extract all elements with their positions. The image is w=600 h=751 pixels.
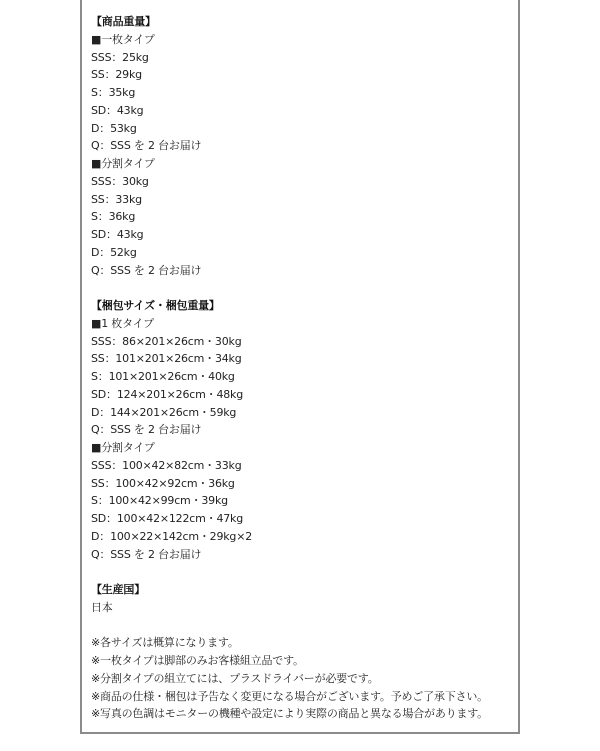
weight-one-piece-row: SSS：25kg bbox=[91, 49, 512, 67]
weight-one-piece-label: ■一枚タイプ bbox=[91, 31, 512, 49]
weight-one-piece-row: SS：29kg bbox=[91, 66, 512, 84]
weight-one-piece-row: S：35kg bbox=[91, 84, 512, 102]
package-split-row: S：100×42×99cm・39kg bbox=[91, 492, 512, 510]
origin-value: 日本 bbox=[91, 599, 512, 617]
package-split-row: SSS：100×42×82cm・33kg bbox=[91, 457, 512, 475]
note-item: ※各サイズは概算になります。 bbox=[91, 634, 512, 652]
package-split-label: ■分割タイプ bbox=[91, 439, 512, 457]
package-one-piece-row: Q：SSS を 2 台お届け bbox=[91, 421, 512, 439]
weight-heading: 【商品重量】 bbox=[91, 13, 512, 31]
package-one-piece-row: SSS：86×201×26cm・30kg bbox=[91, 333, 512, 351]
weight-split-row: D：52kg bbox=[91, 244, 512, 262]
note-item: ※商品の仕様・梱包は予告なく変更になる場合がございます。予めご了承下さい。 bbox=[91, 688, 512, 706]
package-one-piece-row: S：101×201×26cm・40kg bbox=[91, 368, 512, 386]
weight-split-label: ■分割タイプ bbox=[91, 155, 512, 173]
spacer bbox=[91, 617, 512, 635]
package-split-row: SS：100×42×92cm・36kg bbox=[91, 475, 512, 493]
weight-split-row: SD：43kg bbox=[91, 226, 512, 244]
note-item: ※一枚タイプは脚部のみお客様組立品です。 bbox=[91, 652, 512, 670]
package-split-row: Q：SSS を 2 台お届け bbox=[91, 546, 512, 564]
note-item: ※分割タイプの組立てには、プラスドライバーが必要です。 bbox=[91, 670, 512, 688]
weight-one-piece-row: Q：SSS を 2 台お届け bbox=[91, 137, 512, 155]
package-split-row: SD：100×42×122cm・47kg bbox=[91, 510, 512, 528]
package-one-piece-row: D：144×201×26cm・59kg bbox=[91, 404, 512, 422]
package-one-piece-label: ■1 枚タイプ bbox=[91, 315, 512, 333]
package-split-row: D：100×22×142cm・29kg×2 bbox=[91, 528, 512, 546]
package-heading: 【梱包サイズ・梱包重量】 bbox=[91, 297, 512, 315]
package-one-piece-row: SD：124×201×26cm・48kg bbox=[91, 386, 512, 404]
weight-one-piece-row: D：53kg bbox=[91, 120, 512, 138]
weight-one-piece-row: SD：43kg bbox=[91, 102, 512, 120]
weight-split-row: Q：SSS を 2 台お届け bbox=[91, 262, 512, 280]
weight-split-row: SSS：30kg bbox=[91, 173, 512, 191]
weight-split-row: S：36kg bbox=[91, 208, 512, 226]
package-one-piece-row: SS：101×201×26cm・34kg bbox=[91, 350, 512, 368]
origin-heading: 【生産国】 bbox=[91, 581, 512, 599]
spacer bbox=[91, 563, 512, 581]
spacer bbox=[91, 279, 512, 297]
spec-content: 【商品重量】 ■一枚タイプ SSS：25kg SS：29kg S：35kg SD… bbox=[91, 13, 512, 723]
note-item: ※写真の色調はモニターの機種や設定により実際の商品と異なる場合があります。 bbox=[91, 705, 512, 723]
weight-split-row: SS：33kg bbox=[91, 191, 512, 209]
product-spec-box: 【商品重量】 ■一枚タイプ SSS：25kg SS：29kg S：35kg SD… bbox=[80, 0, 520, 734]
